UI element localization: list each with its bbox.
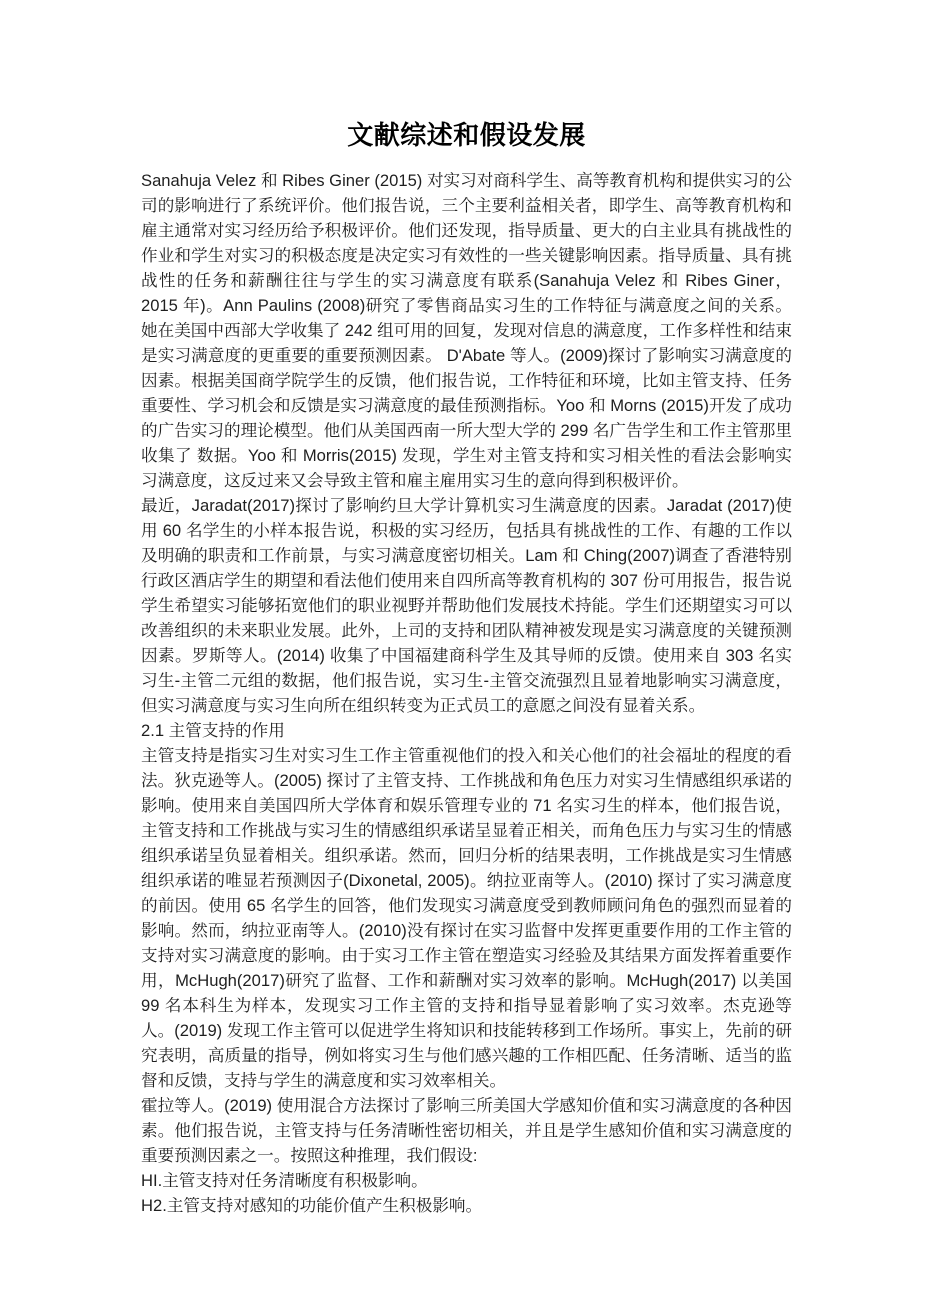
paragraph-literature-review-1: Sanahuja Velez 和 Ribes Giner (2015) 对实习对… (141, 168, 792, 493)
paragraph-supervisor-support-1: 主管支持是指实习生对实习生工作主管重视他们的投入和关心他们的社会福址的程度的看法… (141, 743, 792, 1093)
hypothesis-2-line: H2.主管支持对感知的功能价值产生积极影响。 (141, 1193, 792, 1218)
section-heading-2-1: 2.1 主管支持的作用 (141, 718, 792, 743)
hypothesis-1-line: HI.主管支持对任务清晰度有积极影响。 (141, 1168, 792, 1193)
paragraph-supervisor-support-2: 霍拉等人。(2019) 使用混合方法探讨了影响三所美国大学感知价值和实习满意度的… (141, 1093, 792, 1168)
paragraph-literature-review-2: 最近，Jaradat(2017)探讨了影响约旦大学计算机实习生满意度的因素。Ja… (141, 493, 792, 718)
document-title: 文献综述和假设发展 (141, 116, 792, 154)
document-page: 文献综述和假设发展 Sanahuja Velez 和 Ribes Giner (… (0, 0, 926, 1309)
